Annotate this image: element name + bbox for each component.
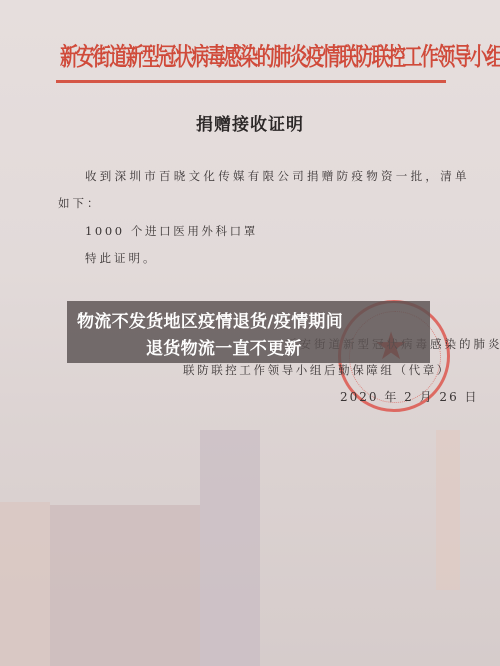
signature-line: 联防联控工作领导小组后勤保障组（代章） (183, 362, 451, 378)
paper-shadow (0, 502, 50, 666)
letterhead-rule (56, 80, 446, 83)
document-title: 捐赠接收证明 (0, 110, 500, 135)
paper-shadow (50, 505, 200, 666)
donation-item: 1000 个进口医用外科口罩 (85, 223, 258, 239)
letterhead-title: 新安街道新型冠状病毒感染的肺炎疫情联防联控工作领导小组 (60, 38, 448, 73)
caption-line: 物流不发货地区疫情退货/疫情期间 (77, 307, 343, 332)
paper-shadow (436, 430, 460, 590)
body-paragraph-line: 收到深圳市百晓文化传媒有限公司捐赠防疫物资一批，清单 (85, 168, 470, 184)
closing-statement: 特此证明。 (85, 250, 158, 266)
paper-shadow (200, 430, 260, 666)
caption-overlay: 物流不发货地区疫情退货/疫情期间 退货物流一直不更新 (67, 301, 430, 363)
signature-date: 2020 年 2 月 26 日 (340, 388, 479, 405)
caption-line: 退货物流一直不更新 (146, 334, 302, 359)
body-paragraph-line: 如下： (58, 195, 102, 211)
